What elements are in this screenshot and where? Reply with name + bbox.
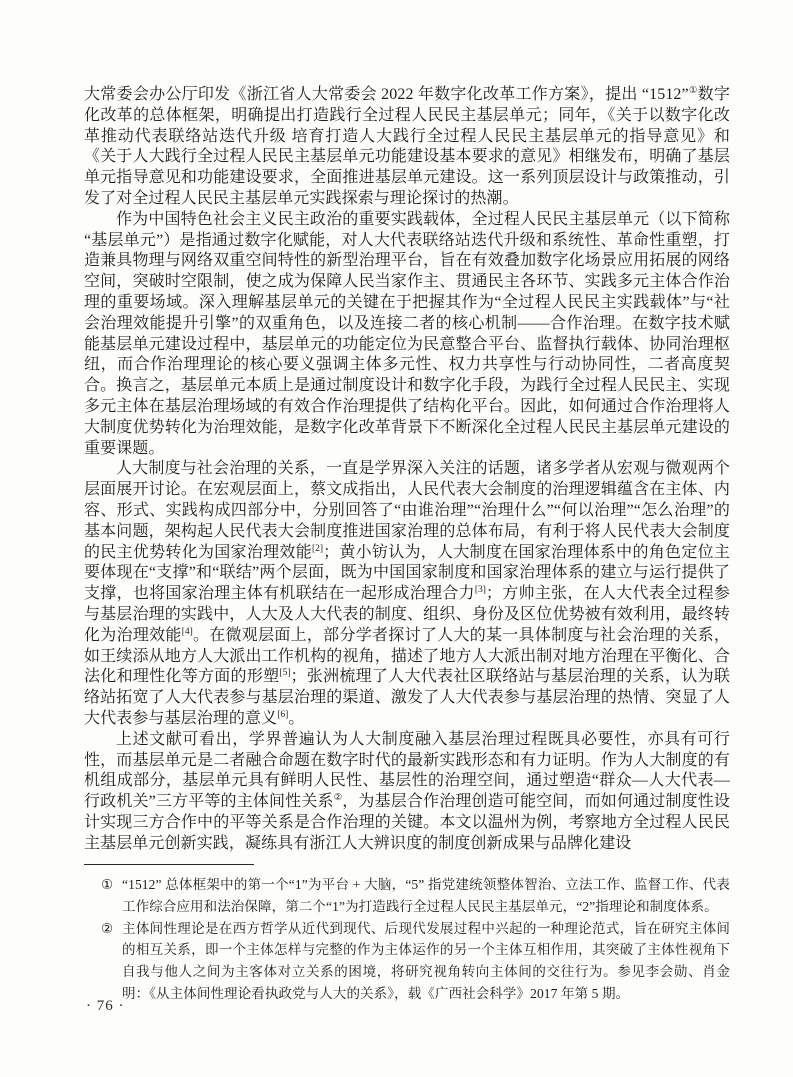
footnote-item-1: ①“1512” 总体框架中的第一个“1”为平台 + 大脑，“5” 指党建统领整体…: [84, 874, 730, 918]
footnotes: ①“1512” 总体框架中的第一个“1”为平台 + 大脑，“5” 指党建统领整体…: [84, 864, 730, 1005]
footnote-separator: [84, 864, 254, 865]
body-paragraph-1: 大常委会办公厅印发《浙江省人大常委会 2022 年数字化改革工作方案》，提出 “…: [84, 85, 730, 210]
footnote-text: 主体间性理论是在西方哲学从近代到现代、后现代发展过程中兴起的一种理论范式，旨在研…: [122, 921, 730, 1001]
footnote-ref: [5]: [279, 668, 290, 678]
body-paragraph-4: 上述文献可看出，学界普遍认为人大制度融入基层治理过程既具必要性，亦具有可行性，而…: [84, 730, 730, 855]
body-paragraph-3: 人大制度与社会治理的关系，一直是学界深入关注的话题，诸多学者从宏观与微观两个层面…: [84, 459, 730, 729]
footnote-ref: ①: [689, 86, 698, 96]
footnote-ref: [6]: [277, 710, 288, 720]
footnote-text: “1512” 总体框架中的第一个“1”为平台 + 大脑，“5” 指党建统领整体智…: [122, 877, 730, 914]
footnote-marker: ①: [101, 874, 113, 896]
footnote-item-2: ②主体间性理论是在西方哲学从近代到现代、后现代发展过程中兴起的一种理论范式，旨在…: [84, 918, 730, 1005]
footnote-ref: [3]: [475, 585, 486, 595]
document-page: 大常委会办公厅印发《浙江省人大常委会 2022 年数字化改革工作方案》，提出 “…: [0, 0, 793, 1077]
footnote-marker: ②: [101, 918, 113, 940]
footnote-ref: [4]: [182, 627, 193, 637]
footnote-ref: ②: [334, 793, 343, 803]
article-body: 大常委会办公厅印发《浙江省人大常委会 2022 年数字化改革工作方案》，提出 “…: [84, 85, 730, 854]
footnote-list: ①“1512” 总体框架中的第一个“1”为平台 + 大脑，“5” 指党建统领整体…: [84, 874, 730, 1005]
page-number: · 76 ·: [86, 998, 125, 1015]
footnote-ref: [2]: [312, 544, 323, 554]
body-paragraph-2: 作为中国特色社会主义民主政治的重要实践载体，全过程人民民主基层单元（以下简称“基…: [84, 210, 730, 460]
